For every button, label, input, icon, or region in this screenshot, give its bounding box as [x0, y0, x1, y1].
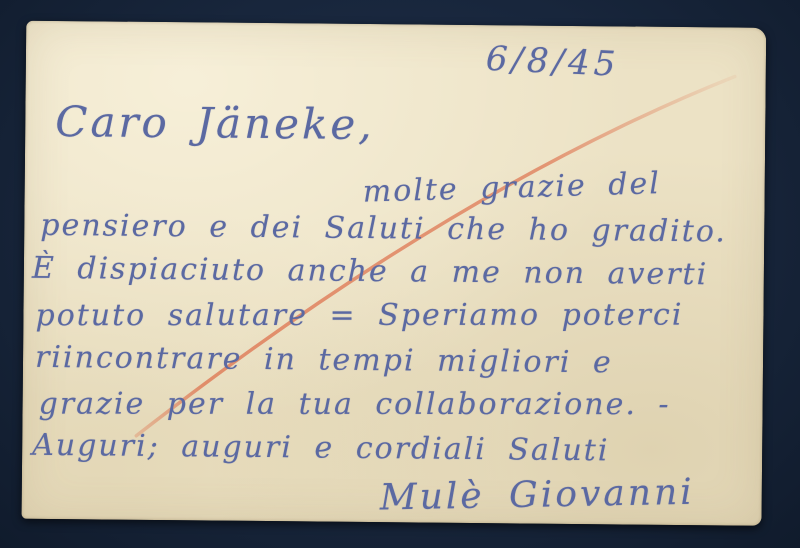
- postcard: 6/8/45 Caro Jäneke, molte grazie del pen…: [22, 21, 767, 526]
- handwritten-line: potuto salutare = Speriamo poterci: [35, 298, 683, 334]
- handwritten-line: Auguri; auguri e cordiali Saluti: [32, 428, 610, 469]
- handwritten-date: 6/8/45: [485, 39, 620, 85]
- photo-background: 6/8/45 Caro Jäneke, molte grazie del pen…: [0, 0, 800, 548]
- handwritten-signature: Mulè Giovanni: [379, 472, 695, 519]
- handwritten-line: È dispiaciuto anche a me non averti: [32, 251, 709, 292]
- handwritten-line: grazie per la tua collaborazione. -: [39, 387, 671, 423]
- handwritten-line: molte grazie del: [362, 166, 661, 210]
- handwritten-line: pensiero e dei Saluti che ho gradito.: [40, 208, 727, 250]
- handwritten-line: riincontrare in tempi migliori e: [35, 340, 613, 381]
- handwritten-salutation: Caro Jäneke,: [55, 97, 375, 149]
